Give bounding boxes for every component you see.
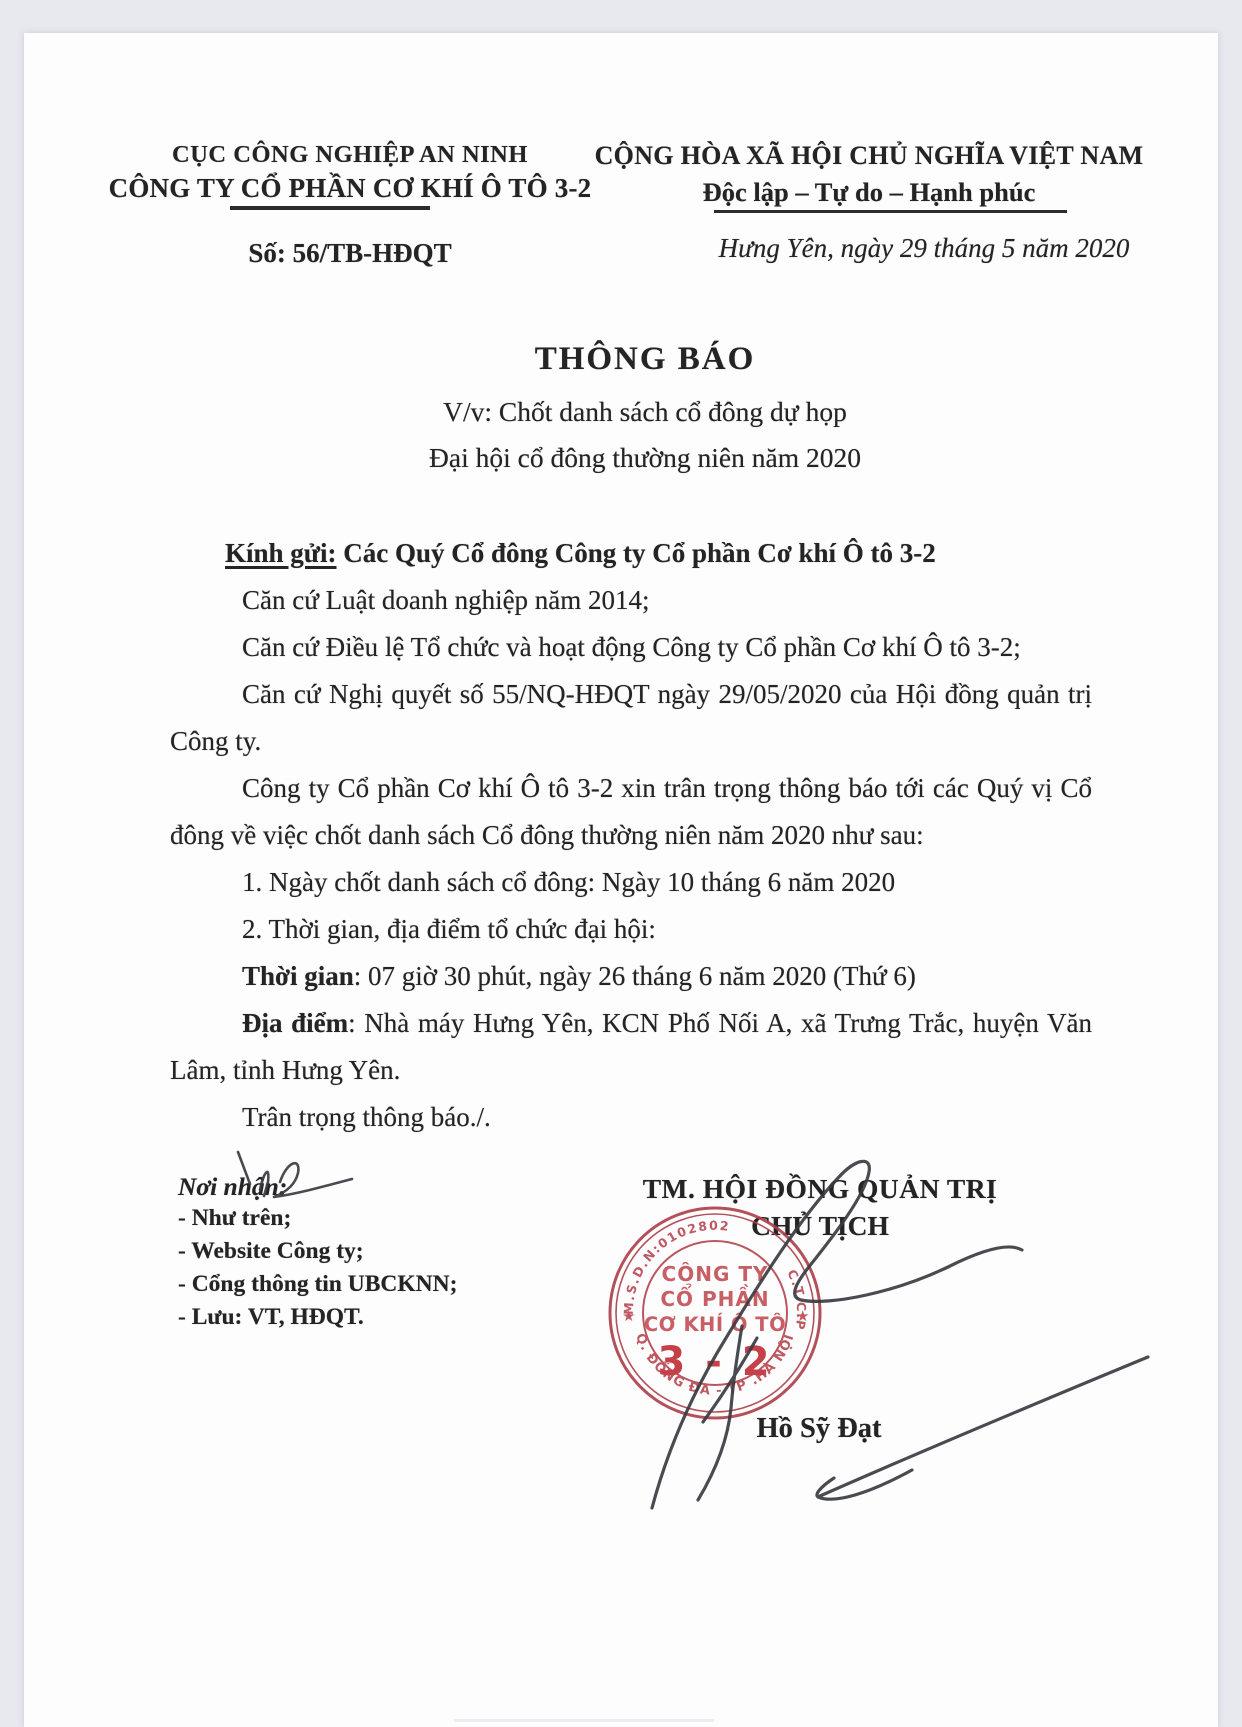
- time-label: Thời gian: [242, 961, 354, 991]
- time-value: : 07 giờ 30 phút, ngày 26 tháng 6 năm 20…: [354, 961, 916, 991]
- national-motto: Độc lập – Tự do – Hạnh phúc: [559, 177, 1179, 208]
- scan-artifact: [454, 1719, 714, 1722]
- paragraph-basis-2: Căn cứ Điều lệ Tổ chức và hoạt động Công…: [170, 624, 1092, 671]
- salutation-text: Các Quý Cổ đông Công ty Cổ phần Cơ khí Ô…: [336, 538, 935, 568]
- signature-position: CHỦ TỊCH: [590, 1210, 1050, 1242]
- signature-block: TM. HỘI ĐỒNG QUẢN TRỊ CHỦ TỊCH: [590, 1173, 1050, 1242]
- header-issuing-org: CỤC CÔNG NGHIỆP AN NINH CÔNG TY CỔ PHẦN …: [80, 141, 620, 269]
- recipient-item: - Cổng thông tin UBCKNN;: [178, 1268, 457, 1301]
- company-underline: [230, 206, 430, 210]
- document-body: Kính gửi: Các Quý Cổ đông Công ty Cổ phầ…: [170, 530, 1092, 1141]
- paragraph-basis-1: Căn cứ Luật doanh nghiệp năm 2014;: [170, 577, 1092, 624]
- document-number: Số: 56/TB-HĐQT: [80, 238, 620, 269]
- scanned-document-canvas: CỤC CÔNG NGHIỆP AN NINH CÔNG TY CỔ PHẦN …: [0, 0, 1242, 1727]
- recipient-item: - Lưu: VT, HĐQT.: [178, 1301, 457, 1334]
- salutation-label: Kính gửi:: [225, 538, 336, 568]
- title-block: THÔNG BÁO V/v: Chốt danh sách cổ đông dự…: [24, 341, 1218, 474]
- salutation-line: Kính gửi: Các Quý Cổ đông Công ty Cổ phầ…: [170, 530, 1092, 577]
- company-name: CÔNG TY CỔ PHẦN CƠ KHÍ Ô TÔ 3-2: [80, 173, 620, 204]
- motto-underline: [714, 210, 1067, 213]
- closing-line: Trân trọng thông báo./.: [170, 1094, 1092, 1141]
- recipients-block: Nơi nhận: - Như trên; - Website Công ty;…: [178, 1172, 457, 1334]
- recipient-item: - Website Công ty;: [178, 1235, 457, 1268]
- document-page: CỤC CÔNG NGHIỆP AN NINH CÔNG TY CỔ PHẦN …: [24, 33, 1218, 1727]
- place-dateline: Hưng Yên, ngày 29 tháng 5 năm 2020: [559, 233, 1179, 264]
- subject-line-1: V/v: Chốt danh sách cổ đông dự họp: [72, 396, 1218, 428]
- recipient-item: - Như trên;: [178, 1202, 457, 1235]
- header-national: CỘNG HÒA XÃ HỘI CHỦ NGHĨA VIỆT NAM Độc l…: [559, 141, 1179, 264]
- list-item-record-date: 1. Ngày chốt danh sách cổ đông: Ngày 10 …: [170, 859, 1092, 906]
- paragraph-announcement: Công ty Cổ phần Cơ khí Ô tô 3-2 xin trân…: [170, 765, 1092, 859]
- signer-name: Hồ Sỹ Đạt: [659, 1413, 979, 1445]
- meeting-place-line: Địa điểm: Nhà máy Hưng Yên, KCN Phố Nối …: [170, 1000, 1092, 1094]
- place-label: Địa điểm: [242, 1008, 348, 1038]
- signature-authority: TM. HỘI ĐỒNG QUẢN TRỊ: [590, 1173, 1050, 1205]
- recipients-label: Nơi nhận:: [178, 1172, 457, 1202]
- paragraph-basis-3: Căn cứ Nghị quyết số 55/NQ-HĐQT ngày 29/…: [170, 671, 1092, 765]
- issuing-agency: CỤC CÔNG NGHIỆP AN NINH: [80, 141, 620, 169]
- subject-line-2: Đại hội cổ đông thường niên năm 2020: [72, 442, 1218, 474]
- national-title: CỘNG HÒA XÃ HỘI CHỦ NGHĨA VIỆT NAM: [559, 141, 1179, 171]
- meeting-time-line: Thời gian: 07 giờ 30 phút, ngày 26 tháng…: [170, 953, 1092, 1000]
- list-item-time-place: 2. Thời gian, địa điểm tổ chức đại hội:: [170, 906, 1092, 953]
- document-title: THÔNG BÁO: [72, 341, 1218, 378]
